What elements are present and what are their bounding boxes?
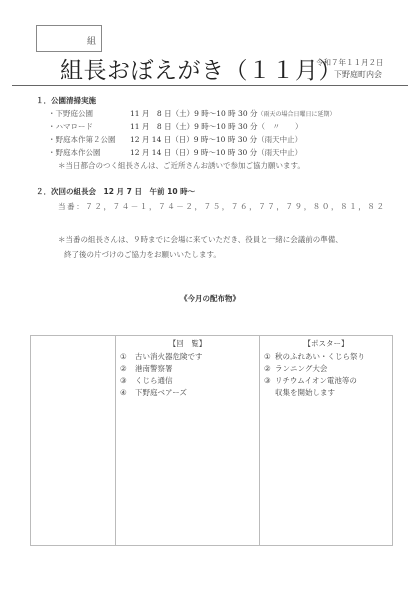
list-item: ③リチウムイオン電池等の [264, 375, 388, 387]
circulation-cell: 【回 覧】 ①古い消火器危険です ②港南警察署 ③くじら通信 ④下野庭ベアーズ [116, 336, 260, 546]
cleanup-place: ・下野庭公園 [48, 108, 130, 119]
cleanup-datetime: 11 月 8 日（土）9 時～10 時 30 分 [130, 122, 257, 131]
list-item: ②ランニング大会 [264, 363, 388, 375]
poster-cell: 【ポスター】 ①秋のふれあい・くじら祭り ②ランニング大会 ③リチウムイオン電池… [260, 336, 393, 546]
cleanup-datetime: 12 月 14 日（日）9 時～10 時 30 分 [130, 135, 257, 144]
section2-heading: ２．次回の組長会 12 月 7 日 午前 10 時～ [36, 186, 195, 197]
issue-date: 令和７年１１月２日 [316, 57, 384, 68]
cleanup-row: ・野庭本作第２公園12 月 14 日（日）9 時～10 時 30 分（雨天中止） [48, 134, 302, 145]
organization-name: 下野庭町内会 [334, 69, 382, 80]
cleanup-note: （雨天中止） [257, 135, 302, 144]
duty-note-line1: ＊当番の組長さんは、９時までに会場に来ていただき、役員と一緒に会議前の準備、 [58, 234, 343, 245]
group-number-box: 組 [36, 25, 102, 52]
cleanup-note: （雨天中止） [257, 148, 302, 157]
list-item: ①古い消火器危険です [120, 351, 255, 363]
distribution-empty-cell [31, 336, 116, 546]
duty-note-line2: 終了後の片づけのご協力をお願いいたします。 [64, 249, 221, 260]
section1-heading: １．公園清掃実施 [36, 95, 96, 106]
distribution-table: 【回 覧】 ①古い消火器危険です ②港南警察署 ③くじら通信 ④下野庭ベアーズ … [30, 335, 393, 546]
cleanup-place: ・野庭本作公園 [48, 147, 130, 158]
cleanup-row: ・ハマロード11 月 8 日（土）9 時～10 時 30 分（ 〃 ） [48, 121, 302, 132]
cleanup-datetime: 11 月 8 日（土）9 時～10 時 30 分 [130, 109, 257, 118]
circulation-header: 【回 覧】 [120, 338, 255, 349]
list-item: ④下野庭ベアーズ [120, 387, 255, 399]
cleanup-footnote: ＊当日都合のつく組長さんは、ご近所さんお誘いで参加ご協力願います。 [58, 160, 305, 171]
cleanup-place: ・ハマロード [48, 121, 130, 132]
cleanup-row: ・下野庭公園11 月 8 日（土）9 時～10 時 30 分（雨天の場合日曜日に… [48, 108, 336, 119]
cleanup-place: ・野庭本作第２公園 [48, 134, 130, 145]
cleanup-note: （ 〃 ） [257, 122, 302, 131]
page-title: 組長おぼえがき（１１月） [60, 52, 342, 85]
cleanup-row: ・野庭本作公園12 月 14 日（日）9 時～10 時 30 分（雨天中止） [48, 147, 302, 158]
duty-groups: 当番：７２，７４－１，７４－２，７５，７６，７７，７９，８０，８１，８２ [58, 201, 386, 212]
cleanup-note: （雨天の場合日曜日に延期） [257, 111, 335, 118]
cleanup-datetime: 12 月 14 日（日）9 時～10 時 30 分 [130, 148, 257, 157]
poster-header: 【ポスター】 [264, 338, 388, 349]
group-label: 組 [87, 34, 96, 47]
list-item: ③くじら通信 [120, 375, 255, 387]
list-item: ②港南警察署 [120, 363, 255, 375]
header-divider [12, 85, 408, 86]
list-item: 収集を開始します [264, 387, 388, 399]
distribution-heading: 《今月の配布物》 [0, 293, 420, 304]
list-item: ①秋のふれあい・くじら祭り [264, 351, 388, 363]
